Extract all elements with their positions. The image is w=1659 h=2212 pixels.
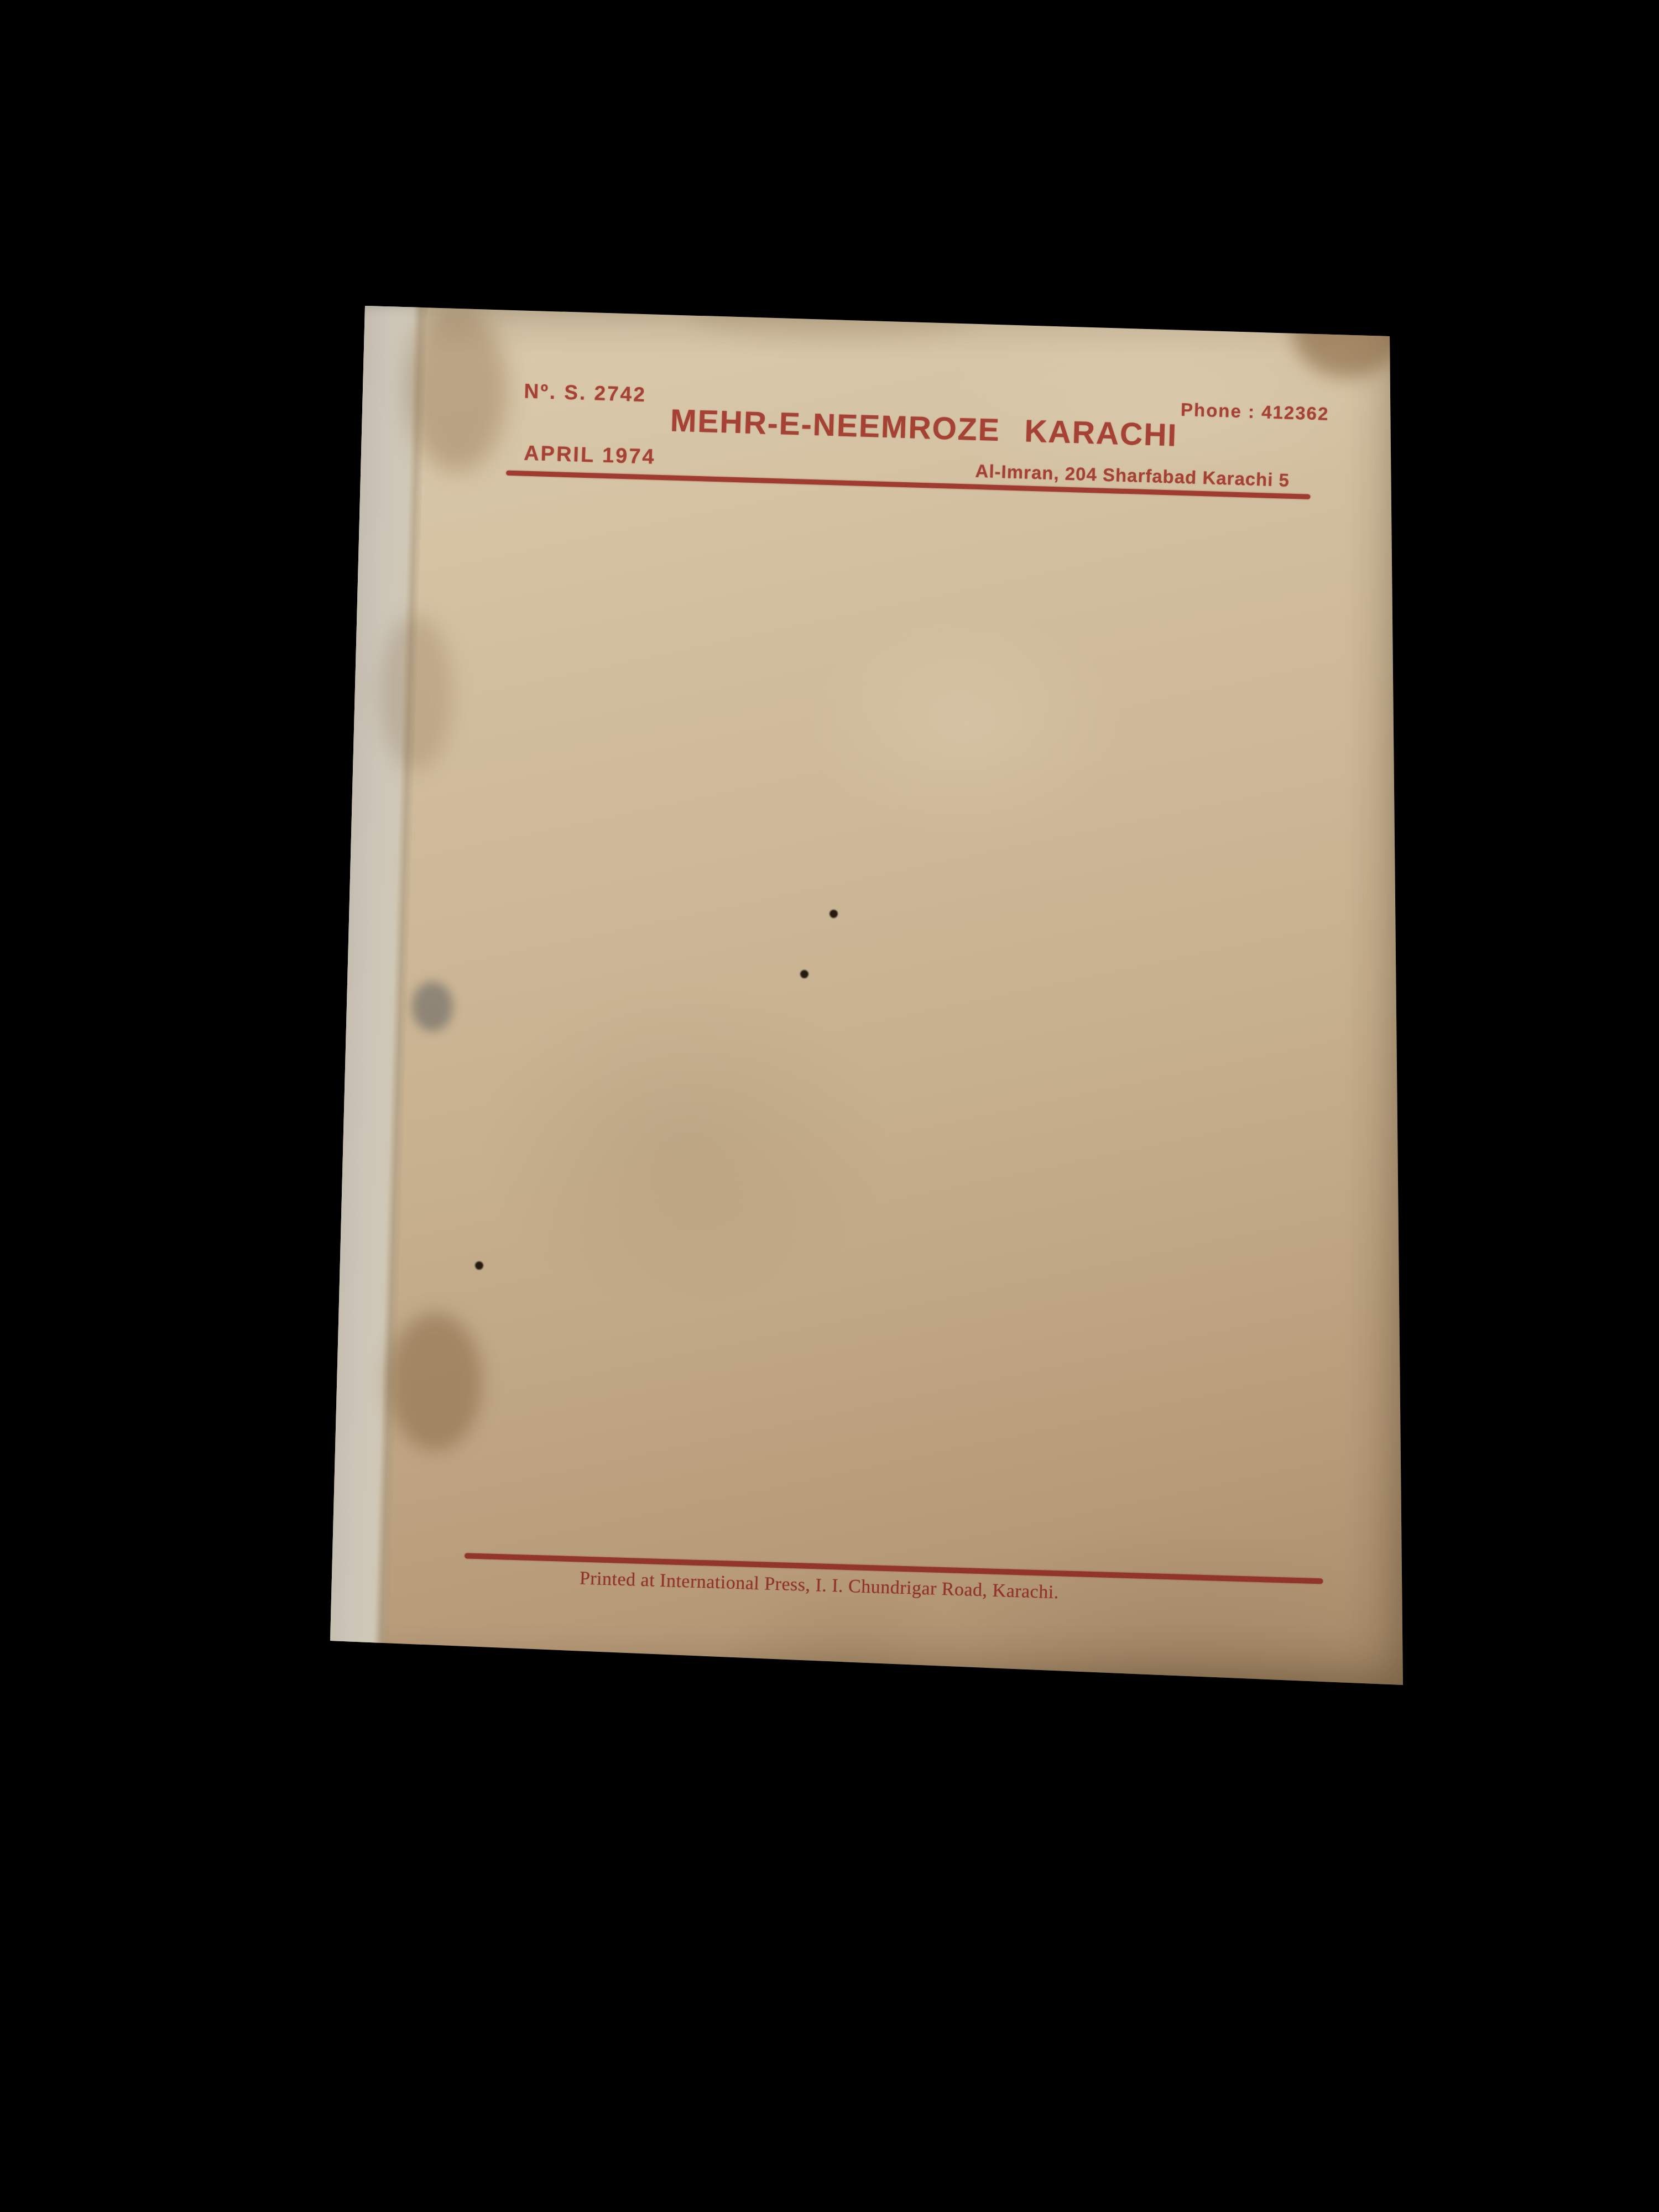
photo-background: Nº. S. 2742 Phone : 412362 MEHR-E-NEEMRO… — [0, 0, 1659, 2212]
book-cover: Nº. S. 2742 Phone : 412362 MEHR-E-NEEMRO… — [330, 306, 1403, 1685]
printed-content: Nº. S. 2742 Phone : 412362 MEHR-E-NEEMRO… — [325, 307, 1391, 1675]
issue-date: APRIL 1974 — [524, 442, 656, 469]
phone-number: Phone : 412362 — [1181, 400, 1329, 424]
magazine-title: MEHR-E-NEEMROZE KARACHI — [670, 403, 1178, 453]
ref-number: Nº. S. 2742 — [524, 380, 646, 406]
